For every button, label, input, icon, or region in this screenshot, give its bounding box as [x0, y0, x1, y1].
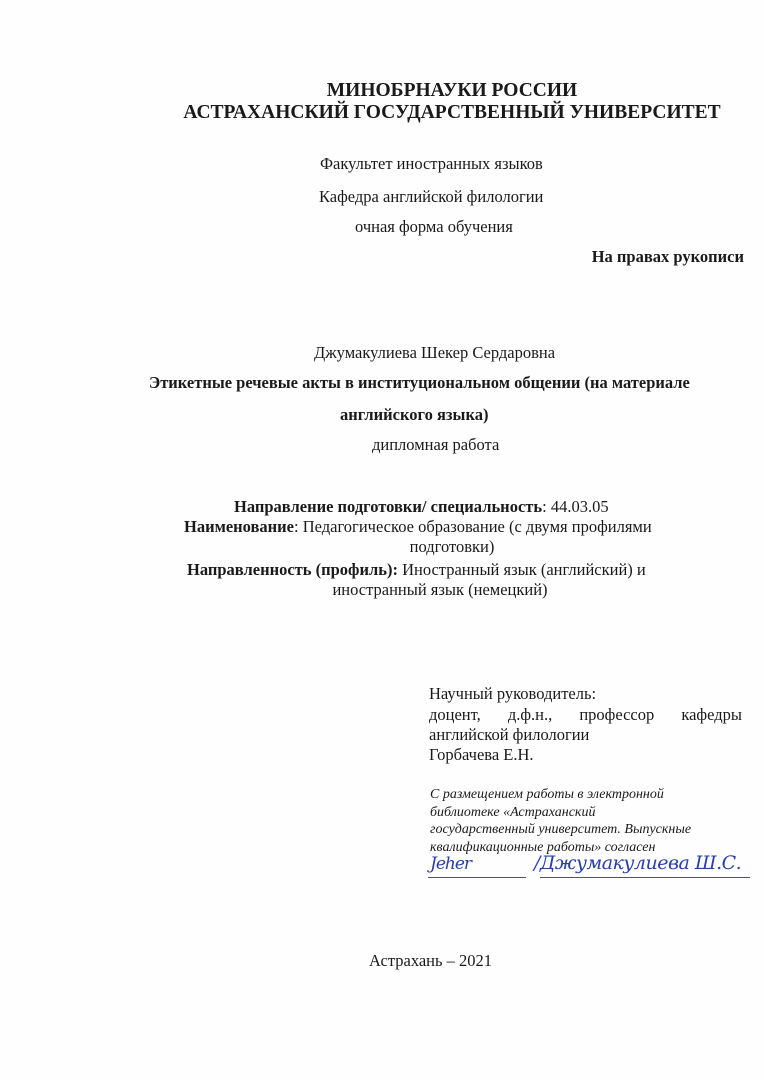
work-type: дипломная работа — [372, 435, 499, 455]
supervisor-position-word: профессор — [579, 705, 654, 725]
department-name: Кафедра английской филологии — [319, 187, 543, 207]
consent-text-line: С размещением работы в электронной — [430, 786, 664, 804]
thesis-title-line-1: Этикетные речевые акты в институциональн… — [149, 373, 690, 393]
ministry-heading: МИНОБРНАУКИ РОССИИ — [0, 80, 764, 102]
supervisor-position-word: кафедры — [681, 705, 742, 725]
title-page: МИНОБРНАУКИ РОССИИ АСТРАХАНСКИЙ ГОСУДАРС… — [0, 0, 764, 1080]
program-direction: Направление подготовки/ специальность: 4… — [234, 497, 609, 517]
program-name-label: Наименование — [184, 517, 294, 536]
handwritten-signature: Jeher — [430, 854, 471, 874]
program-name-continued: подготовки) — [0, 537, 764, 557]
program-name-value: : Педагогическое образование (с двумя пр… — [294, 517, 652, 536]
faculty-name: Факультет иностранных языков — [320, 154, 543, 174]
city-year: Астрахань – 2021 — [369, 951, 492, 971]
handwritten-name: /Джумакулиева Ш.С. — [534, 852, 741, 874]
program-focus-value: Иностранный язык (английский) и — [398, 560, 646, 579]
program-direction-label: Направление подготовки/ специальность — [234, 497, 542, 516]
consent-text-line: государственный университет. Выпускные — [430, 821, 691, 839]
supervisor-position-word: д.ф.н., — [508, 705, 552, 725]
manuscript-note: На правах рукописи — [592, 247, 744, 267]
program-focus: Направленность (профиль): Иностранный яз… — [187, 560, 646, 580]
program-focus-continued: иностранный язык (немецкий) — [0, 580, 764, 600]
supervisor-position: доцент, д.ф.н., профессор кафедры — [429, 705, 742, 725]
name-underline — [540, 877, 750, 878]
thesis-title-line-2: английского языка) — [340, 405, 488, 425]
supervisor-position-word: доцент, — [429, 705, 481, 725]
study-form: очная форма обучения — [355, 217, 513, 237]
program-direction-value: : 44.03.05 — [542, 497, 608, 516]
author-name: Джумакулиева Шекер Сердаровна — [314, 343, 555, 363]
supervisor-department: английской филологии — [429, 725, 742, 745]
signature-underline — [428, 877, 526, 878]
university-heading: АСТРАХАНСКИЙ ГОСУДАРСТВЕННЫЙ УНИВЕРСИТЕТ — [0, 102, 764, 124]
consent-text-line: библиотеке «Астраханский — [430, 804, 595, 822]
supervisor-label: Научный руководитель: — [429, 684, 742, 704]
supervisor-name: Горбачева Е.Н. — [429, 745, 742, 765]
program-name: Наименование: Педагогическое образование… — [184, 517, 652, 537]
signature-block: Jeher /Джумакулиева Ш.С. — [428, 850, 763, 888]
program-focus-label: Направленность (профиль): — [187, 560, 398, 579]
